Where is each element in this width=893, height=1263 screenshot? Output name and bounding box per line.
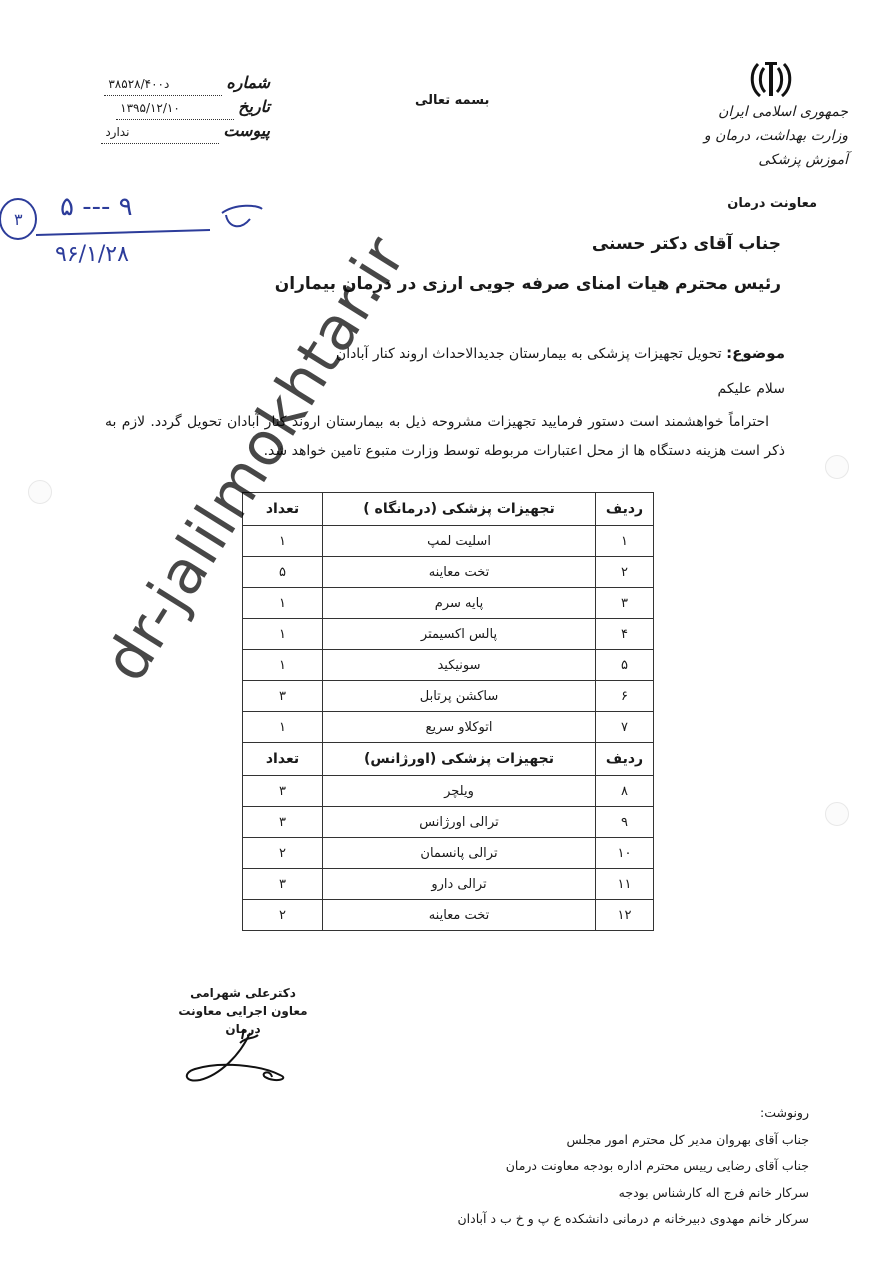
row-quantity: ۳ bbox=[243, 869, 323, 900]
cc-recipient: جناب آقای بهروان مدیر کل محترم امور مجلس bbox=[409, 1127, 809, 1154]
row-item: ترالی اورژانس bbox=[323, 807, 596, 838]
row-quantity: ۱ bbox=[243, 588, 323, 619]
row-item: ترالی دارو bbox=[323, 869, 596, 900]
row-number: ۳ bbox=[596, 588, 654, 619]
row-item: پایه سرم bbox=[323, 588, 596, 619]
greeting: سلام علیکم bbox=[718, 381, 785, 397]
row-number: ۱ bbox=[596, 526, 654, 557]
table-row: ۲ تخت معاینه ۵ bbox=[243, 557, 654, 588]
row-number: ۱۰ bbox=[596, 838, 654, 869]
row-quantity: ۱ bbox=[243, 650, 323, 681]
iran-emblem-icon bbox=[748, 58, 794, 102]
table-row: ۵ سونیکید ۱ bbox=[243, 650, 654, 681]
attachment-label: پیوست bbox=[223, 120, 270, 142]
letter-meta: شماره ۳۸۵۲۸/۴۰۰د تاریخ ۱۳۹۵/۱۲/۱۰ پیوست … bbox=[70, 72, 270, 144]
row-number: ۴ bbox=[596, 619, 654, 650]
header-quantity: تعداد bbox=[243, 743, 323, 776]
row-number: ۹ bbox=[596, 807, 654, 838]
row-item: اتوکلاو سریع bbox=[323, 712, 596, 743]
cc-list: رونوشت: جناب آقای بهروان مدیر کل محترم ا… bbox=[409, 1100, 809, 1233]
basmala: بسمه تعالی bbox=[415, 93, 489, 108]
header-item-emergency: تجهیزات پزشکی (اورژانس) bbox=[323, 743, 596, 776]
row-quantity: ۱ bbox=[243, 712, 323, 743]
cc-recipient: جناب آقای رضایی رییس محترم اداره بودجه م… bbox=[409, 1153, 809, 1180]
handwritten-note: ۳ ۵ --- ۹ ۹۶/۱/۲۸ bbox=[0, 185, 280, 265]
table-row: ۴ پالس اکسیمتر ۱ bbox=[243, 619, 654, 650]
row-quantity: ۳ bbox=[243, 776, 323, 807]
row-quantity: ۲ bbox=[243, 900, 323, 931]
letter-date-label: تاریخ bbox=[238, 96, 270, 118]
cc-recipient: سرکار خانم فرج اله کارشناس بودجه bbox=[409, 1180, 809, 1207]
header-row-number: ردیف bbox=[596, 493, 654, 526]
row-number: ۶ bbox=[596, 681, 654, 712]
table-row: ۱۲ تخت معاینه ۲ bbox=[243, 900, 654, 931]
cc-recipient: سرکار خانم مهدوی دبیرخانه م درمانی دانشک… bbox=[409, 1206, 809, 1233]
row-number: ۲ bbox=[596, 557, 654, 588]
row-quantity: ۳ bbox=[243, 681, 323, 712]
row-item: اسلیت لمپ bbox=[323, 526, 596, 557]
header-row-number: ردیف bbox=[596, 743, 654, 776]
row-number: ۱۲ bbox=[596, 900, 654, 931]
subject-text: تحویل تجهیزات پزشکی به بیمارستان جدیدالا… bbox=[336, 346, 722, 362]
row-number: ۷ bbox=[596, 712, 654, 743]
row-item: تخت معاینه bbox=[323, 900, 596, 931]
table-header-row: ردیف تجهیزات پزشکی (درمانگاه ) تعداد bbox=[243, 493, 654, 526]
header-item-clinic: تجهیزات پزشکی (درمانگاه ) bbox=[323, 493, 596, 526]
addressee-name: جناب آقای دکتر حسنی bbox=[592, 234, 781, 254]
table-row: ۳ پایه سرم ۱ bbox=[243, 588, 654, 619]
punch-hole bbox=[28, 480, 52, 504]
row-quantity: ۵ bbox=[243, 557, 323, 588]
ministry-title: وزارت بهداشت، درمان و آموزش پزشکی bbox=[668, 124, 848, 172]
handwritten-circle-mark: ۳ bbox=[14, 210, 23, 229]
letter-number-label: شماره bbox=[226, 72, 270, 94]
cc-label: رونوشت: bbox=[409, 1100, 809, 1127]
row-number: ۱۱ bbox=[596, 869, 654, 900]
row-number: ۵ bbox=[596, 650, 654, 681]
ministry-name: جمهوری اسلامی ایران وزارت بهداشت، درمان … bbox=[668, 100, 848, 172]
subject-line: موضوع: تحویل تجهیزات پزشکی به بیمارستان … bbox=[336, 344, 785, 362]
table-row: ۶ ساکشن پرتابل ۳ bbox=[243, 681, 654, 712]
letter-date-value: ۱۳۹۵/۱۲/۱۰ bbox=[116, 97, 234, 120]
row-item: پالس اکسیمتر bbox=[323, 619, 596, 650]
handwritten-top: ۵ --- ۹ bbox=[60, 192, 133, 222]
punch-hole bbox=[825, 802, 849, 826]
republic-name: جمهوری اسلامی ایران bbox=[668, 100, 848, 124]
table-row: ۸ ویلچر ۳ bbox=[243, 776, 654, 807]
row-item: ساکشن پرتابل bbox=[323, 681, 596, 712]
row-item: ترالی پانسمان bbox=[323, 838, 596, 869]
letter-number-row: شماره ۳۸۵۲۸/۴۰۰د bbox=[70, 72, 270, 96]
table-header-row: ردیف تجهیزات پزشکی (اورژانس) تعداد bbox=[243, 743, 654, 776]
row-item: ویلچر bbox=[323, 776, 596, 807]
row-item: تخت معاینه bbox=[323, 557, 596, 588]
table-row: ۱۱ ترالی دارو ۳ bbox=[243, 869, 654, 900]
punch-hole bbox=[825, 455, 849, 479]
letter-date-row: تاریخ ۱۳۹۵/۱۲/۱۰ bbox=[70, 96, 270, 120]
table-row: ۷ اتوکلاو سریع ۱ bbox=[243, 712, 654, 743]
body-paragraph: احتراماً خواهشمند است دستور فرمایید تجهی… bbox=[105, 408, 785, 466]
table-row: ۱۰ ترالی پانسمان ۲ bbox=[243, 838, 654, 869]
attachment-row: پیوست ندارد bbox=[70, 120, 270, 144]
row-number: ۸ bbox=[596, 776, 654, 807]
row-quantity: ۱ bbox=[243, 619, 323, 650]
subject-label: موضوع: bbox=[726, 344, 785, 362]
row-quantity: ۱ bbox=[243, 526, 323, 557]
table-row: ۹ ترالی اورژانس ۳ bbox=[243, 807, 654, 838]
department-name: معاونت درمان bbox=[727, 196, 817, 211]
signer-name: دکترعلی شهرامی bbox=[168, 984, 318, 1002]
row-quantity: ۳ bbox=[243, 807, 323, 838]
row-quantity: ۲ bbox=[243, 838, 323, 869]
signature-scrawl bbox=[180, 1025, 300, 1090]
table-row: ۱ اسلیت لمپ ۱ bbox=[243, 526, 654, 557]
letter-number-value: ۳۸۵۲۸/۴۰۰د bbox=[104, 73, 222, 96]
row-item: سونیکید bbox=[323, 650, 596, 681]
attachment-value: ندارد bbox=[101, 121, 219, 144]
handwritten-bottom: ۹۶/۱/۲۸ bbox=[55, 242, 129, 265]
equipment-table: ردیف تجهیزات پزشکی (درمانگاه ) تعداد ۱ ا… bbox=[242, 492, 654, 931]
